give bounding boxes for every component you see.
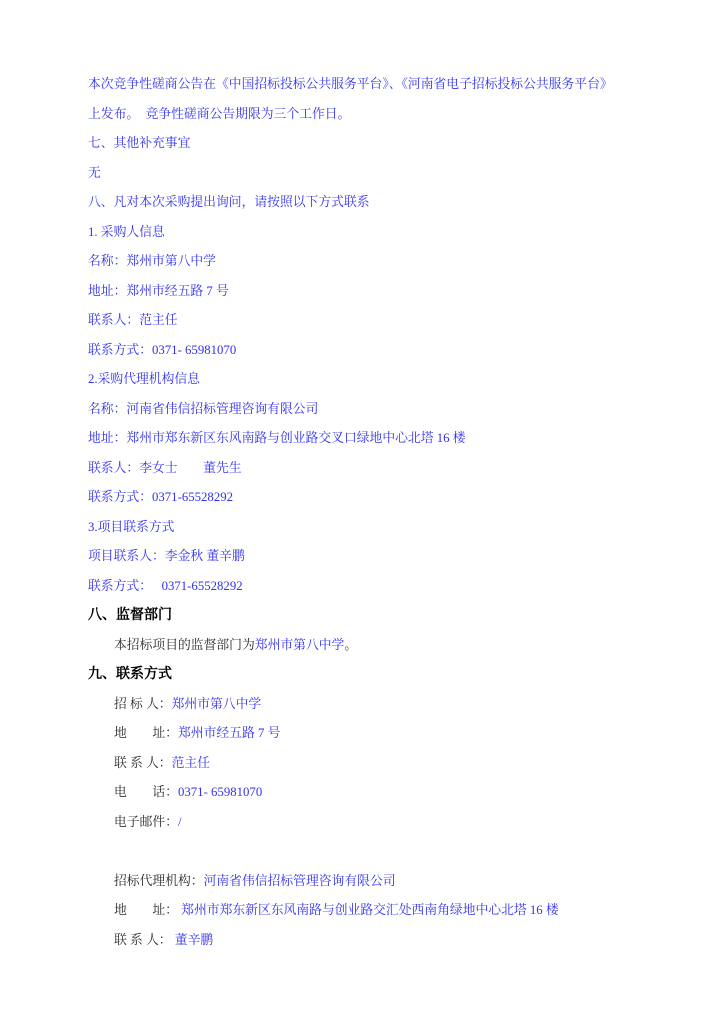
section7-none: 无 [88, 159, 660, 189]
text-run: 上发布。 竞争性磋商公告期限为三个工作日。 [88, 107, 350, 121]
field-value: 郑州市经五路 7 号 [178, 726, 280, 740]
supervision-section-heading: 八、监督部门 [88, 601, 660, 631]
text-run: 本次竞争性磋商公告在《中国招标投标公共服务平台》、《河南省电子招标投标公共服务平… [88, 77, 613, 91]
agency-contacts: 联系人：李女士 董先生 [88, 454, 660, 484]
publish-platform-line: 本次竞争性磋商公告在《中国招标投标公共服务平台》、《河南省电子招标投标公共服务平… [88, 70, 660, 100]
field-label: 联 系 人： [114, 933, 172, 947]
contact-section-heading: 九、联系方式 [88, 660, 660, 690]
text-run: 联系方式： 0371-65528292 [88, 579, 243, 593]
heading-text: 九、联系方式 [88, 667, 172, 682]
project-contacts: 项目联系人：李金秋 董辛鹏 [88, 542, 660, 572]
text-run: 联系人：李女士 董先生 [88, 461, 242, 475]
text-run: 3.项目联系方式 [88, 520, 174, 534]
agency-phone: 联系方式：0371-65528292 [88, 483, 660, 513]
field-label: 招 标 人： [114, 697, 172, 711]
purchaser-name: 名称：郑州市第八中学 [88, 247, 660, 277]
blank-line [88, 837, 660, 867]
supervision-org-name: 郑州市第八中学 [255, 638, 345, 652]
tenderee-phone-row: 电 话：0371- 65981070 [88, 778, 660, 808]
field-label: 地 址： [114, 726, 178, 740]
field-value: 0371- 65981070 [178, 785, 262, 799]
text-run: 联系方式：0371- 65981070 [88, 343, 236, 357]
text-run: 地址：郑州市郑东新区东风南路与创业路交叉口绿地中心北塔 16 楼 [88, 431, 466, 445]
publish-period-line: 上发布。 竞争性磋商公告期限为三个工作日。 [88, 100, 660, 130]
text-run: 1. 采购人信息 [88, 225, 165, 239]
text-run: 名称：河南省伟信招标管理咨询有限公司 [88, 402, 318, 416]
field-value: 董辛鹏 [172, 933, 214, 947]
field-label: 电 话： [114, 785, 178, 799]
text-run: 项目联系人：李金秋 董辛鹏 [88, 549, 245, 563]
text-run: 本招标项目的监督部门为 [114, 638, 255, 652]
text-run: 地址：郑州市经五路 7 号 [88, 284, 229, 298]
field-value: 郑州市第八中学 [172, 697, 262, 711]
tenderee-email-row: 电子邮件：/ [88, 808, 660, 838]
heading-text: 八、监督部门 [88, 608, 172, 623]
tenderee-contact-row: 联 系 人：范主任 [88, 749, 660, 779]
text-run: 联系人：范主任 [88, 313, 178, 327]
purchaser-address: 地址：郑州市经五路 7 号 [88, 277, 660, 307]
purchaser-info-heading: 1. 采购人信息 [88, 218, 660, 248]
agent-contact-row: 联 系 人： 董辛鹏 [88, 926, 660, 956]
field-label: 地 址： [114, 903, 178, 917]
purchaser-contact: 联系人：范主任 [88, 306, 660, 336]
tenderee-row: 招 标 人：郑州市第八中学 [88, 690, 660, 720]
text-run: 名称：郑州市第八中学 [88, 254, 216, 268]
text-run: 七、其他补充事宜 [88, 136, 190, 150]
text-run: 八、凡对本次采购提出询问，请按照以下方式联系 [88, 195, 370, 209]
field-label: 联 系 人： [114, 756, 172, 770]
agent-address-row: 地 址： 郑州市郑东新区东风南路与创业路交汇处西南角绿地中心北塔 16 楼 [88, 896, 660, 926]
field-label: 招标代理机构： [114, 874, 204, 888]
supervision-body: 本招标项目的监督部门为郑州市第八中学。 [88, 631, 660, 661]
text-run: 2.采购代理机构信息 [88, 372, 200, 386]
text-run: 。 [344, 638, 357, 652]
purchaser-phone: 联系方式：0371- 65981070 [88, 336, 660, 366]
section8-inquiry-heading: 八、凡对本次采购提出询问，请按照以下方式联系 [88, 188, 660, 218]
agent-org-row: 招标代理机构：河南省伟信招标管理咨询有限公司 [88, 867, 660, 897]
text-run: 无 [88, 166, 101, 180]
project-phone: 联系方式： 0371-65528292 [88, 572, 660, 602]
field-value: / [178, 815, 182, 829]
agency-address: 地址：郑州市郑东新区东风南路与创业路交叉口绿地中心北塔 16 楼 [88, 424, 660, 454]
tenderee-address-row: 地 址：郑州市经五路 7 号 [88, 719, 660, 749]
field-value: 河南省伟信招标管理咨询有限公司 [204, 874, 396, 888]
text-run: 联系方式：0371-65528292 [88, 490, 233, 504]
agency-name: 名称：河南省伟信招标管理咨询有限公司 [88, 395, 660, 425]
field-value: 范主任 [172, 756, 210, 770]
document-page: 本次竞争性磋商公告在《中国招标投标公共服务平台》、《河南省电子招标投标公共服务平… [0, 0, 716, 1033]
agency-info-heading: 2.采购代理机构信息 [88, 365, 660, 395]
field-value: 郑州市郑东新区东风南路与创业路交汇处西南角绿地中心北塔 16 楼 [178, 903, 559, 917]
section7-heading: 七、其他补充事宜 [88, 129, 660, 159]
field-label: 电子邮件： [114, 815, 178, 829]
project-contact-heading: 3.项目联系方式 [88, 513, 660, 543]
